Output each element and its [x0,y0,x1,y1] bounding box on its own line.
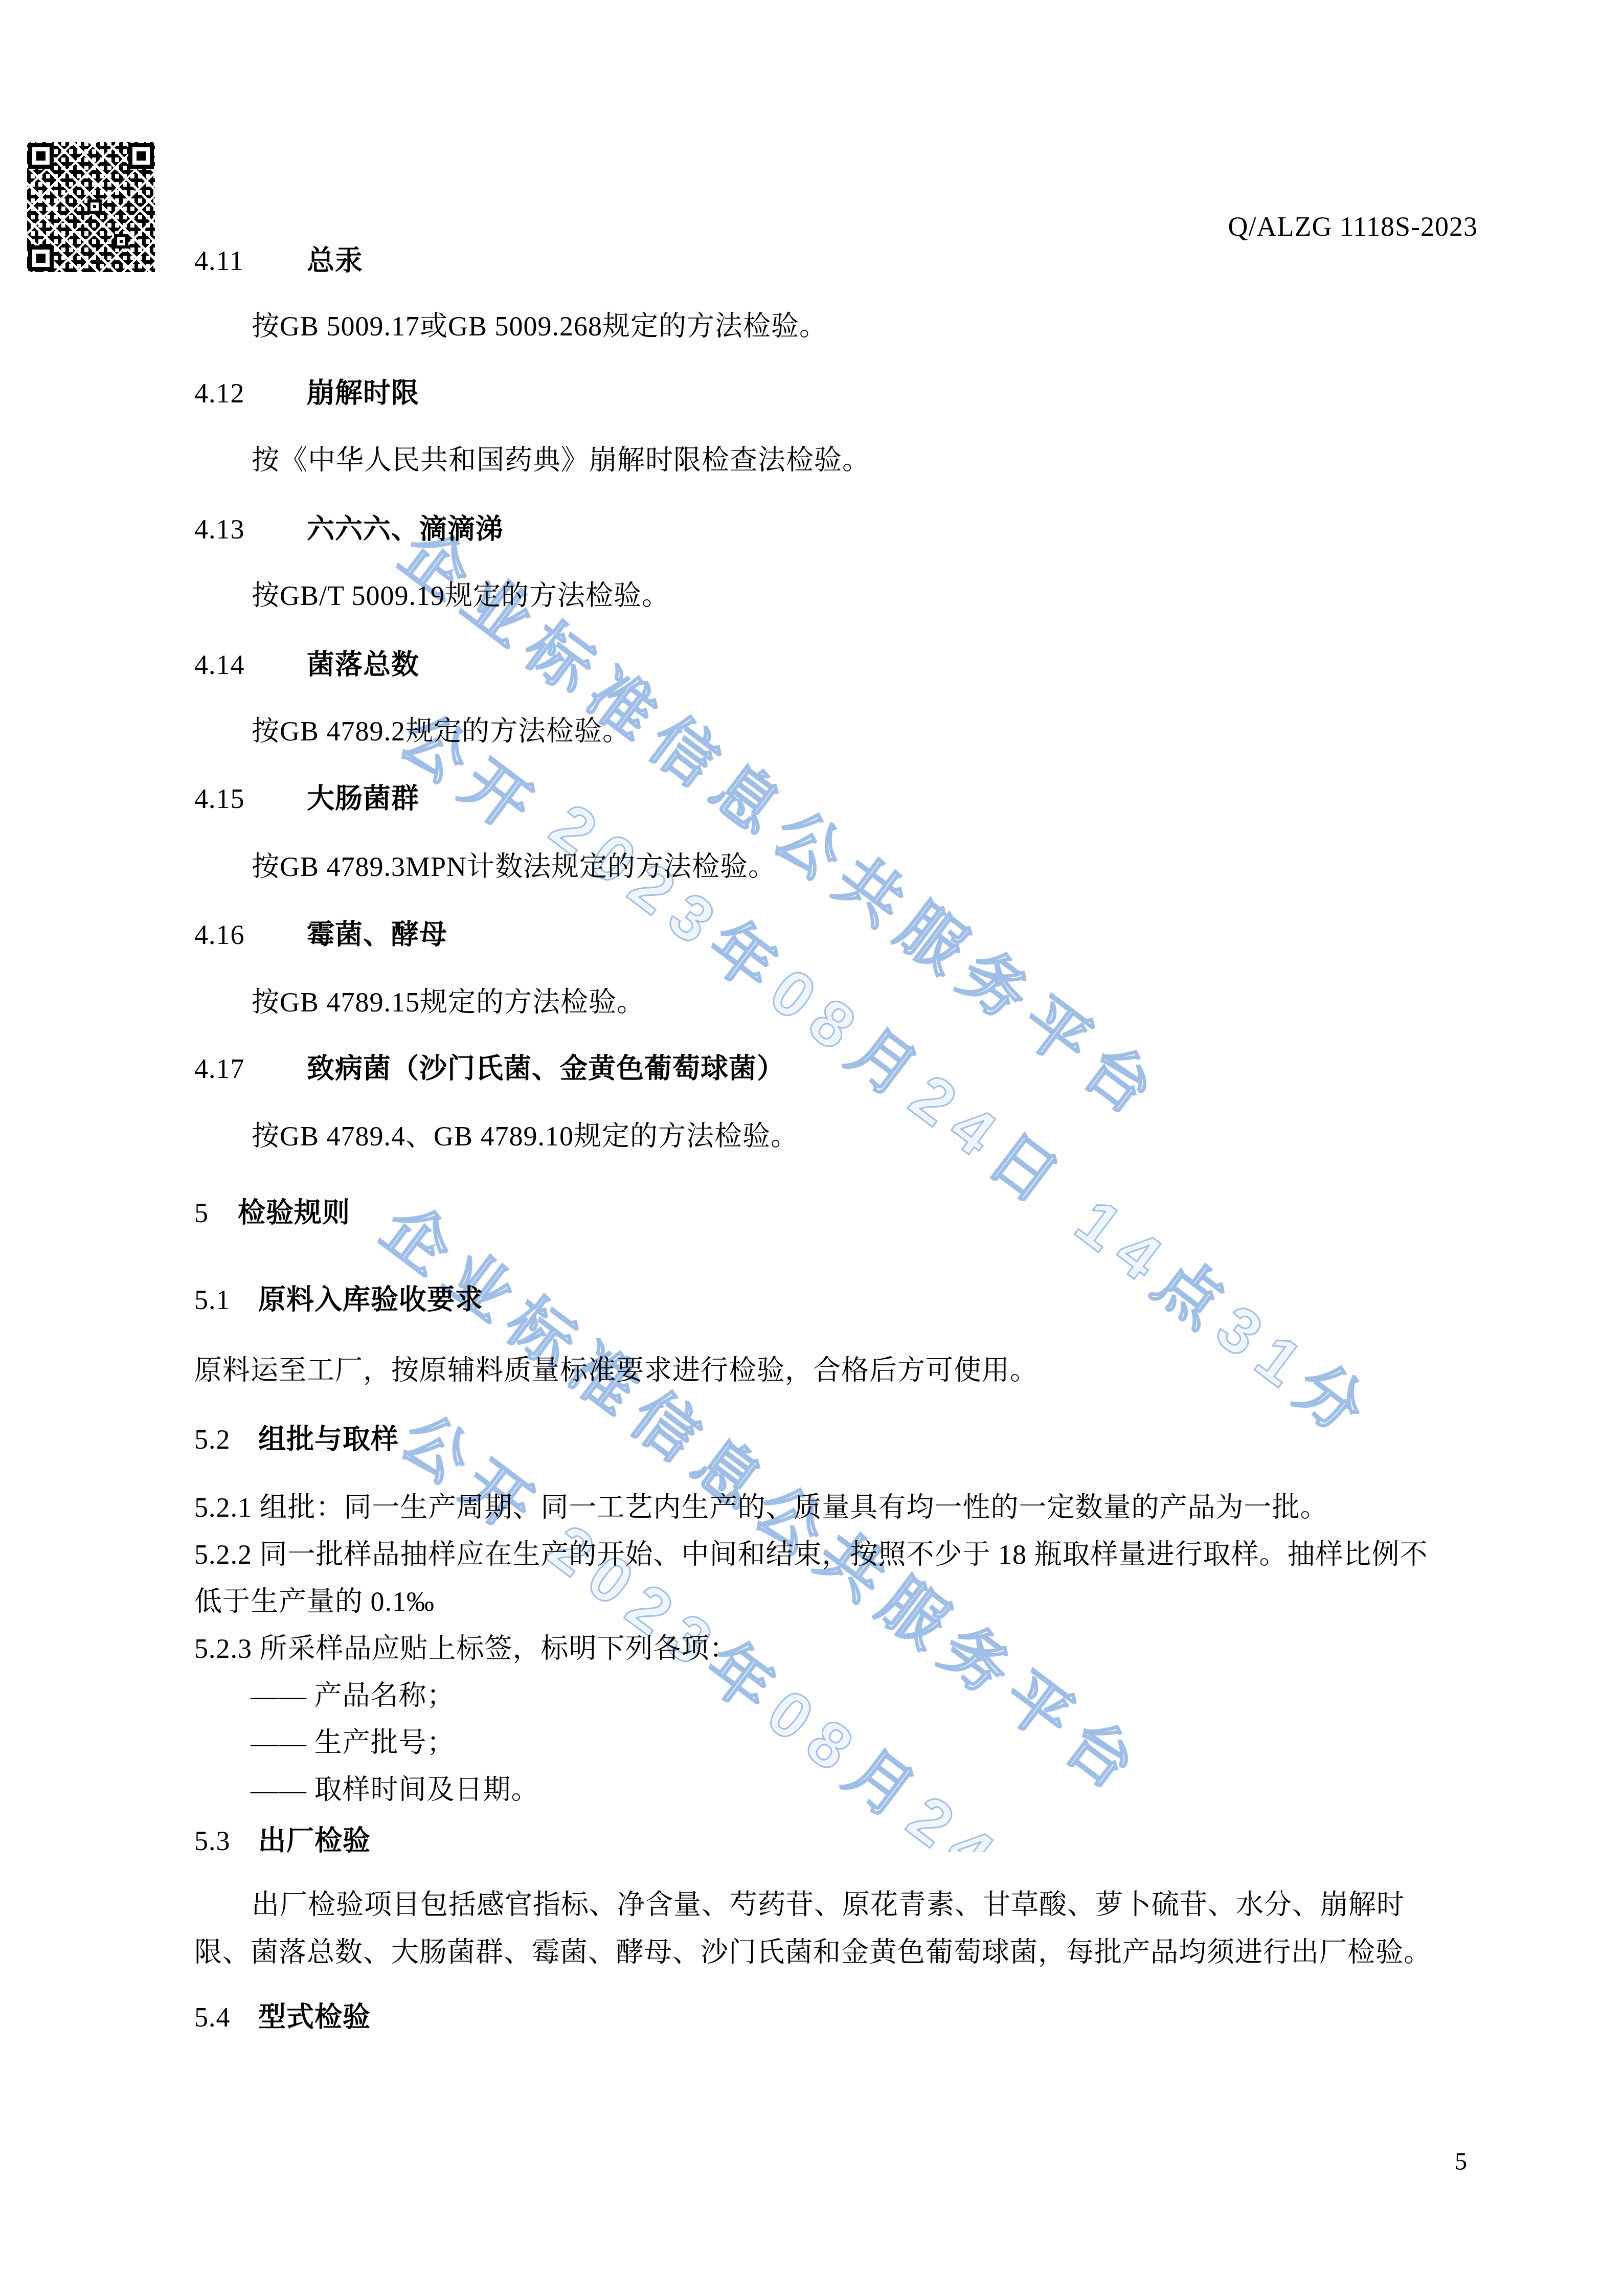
heading-number: 5.4 [194,2000,258,2034]
paragraph-5-3-line1: 出厂检验项目包括感官指标、净含量、芍药苷、原花青素、甘草酸、萝卜硫苷、水分、崩解… [252,1888,1405,1922]
qr-finder-top-right [128,143,154,169]
heading-title: 组批与取样 [258,1424,399,1455]
section-heading-5-2: 5.2组批与取样 [194,1423,399,1456]
section-heading-4-12: 4.12崩解时限 [194,376,419,410]
heading-title: 总汞 [307,245,363,276]
watermark-public-label: 公开 [384,688,564,856]
section-heading-4-17: 4.17致病菌（沙门氏菌、金黄色葡萄球菌） [194,1052,785,1086]
heading-title: 型式检验 [258,2002,371,2033]
doc-code: Q/ALZG 1118S-2023 [1228,211,1478,242]
qr-finder-bottom-left [28,245,54,271]
qr-alignment-mark [87,199,102,214]
section-heading-4-13: 4.13六六六、滴滴涕 [194,512,504,546]
section-heading-5-4: 5.4型式检验 [194,2000,371,2034]
paragraph-4-11: 按GB 5009.17或GB 5009.268规定的方法检验。 [252,309,827,343]
list-item-product-name: —— 产品名称； [251,1679,455,1713]
heading-number: 5 [194,1196,238,1230]
heading-number: 4.14 [194,648,307,682]
paragraph-5-2-1: 5.2.1 组批：同一生产周期、同一工艺内生产的、质量具有均一性的一定数量的产品… [194,1491,1328,1524]
heading-number: 4.12 [194,376,307,410]
section-heading-4-16: 4.16霉菌、酵母 [194,918,447,952]
list-item-batch-number: —— 生产批号； [251,1726,455,1760]
paragraph-4-16: 按GB 4789.15规定的方法检验。 [252,985,645,1019]
qr-alignment-mark [114,234,128,249]
paragraph-4-15: 按GB 4789.3MPN计数法规定的方法检验。 [252,850,776,884]
heading-title: 六六六、滴滴涕 [307,514,504,545]
heading-title: 崩解时限 [307,378,419,409]
section-heading-4-14: 4.14菌落总数 [194,648,419,682]
paragraph-5-1: 原料运至工厂，按原辅料质量标准要求进行检验，合格后方可使用。 [194,1354,1038,1387]
heading-number: 5.1 [194,1283,258,1317]
heading-title: 霉菌、酵母 [307,919,447,950]
heading-number: 4.15 [194,782,307,816]
paragraph-5-2-2-line2: 低于生产量的 0.1‰ [194,1585,435,1618]
paragraph-4-17: 按GB 4789.4、GB 4789.10规定的方法检验。 [252,1119,799,1153]
heading-title: 菌落总数 [307,649,419,680]
heading-number: 4.13 [194,512,307,546]
heading-number: 5.3 [194,1824,258,1858]
list-item-sampling-time: —— 取样时间及日期。 [251,1773,539,1807]
qr-finder-top-left [28,143,54,169]
heading-title: 原料入库验收要求 [258,1285,483,1315]
heading-title: 大肠菌群 [307,783,419,814]
heading-title: 出厂检验 [258,1826,371,1856]
document-page: 企业标准信息公共服务平台 公开 2023年08月24日 14点31分 企业标准信… [0,0,1624,2296]
heading-number: 5.2 [194,1423,258,1456]
paragraph-5-3-line2: 限、菌落总数、大肠菌群、霉菌、酵母、沙门氏菌和金黄色葡萄球菌，每批产品均须进行出… [194,1935,1432,1969]
section-heading-5-1: 5.1原料入库验收要求 [194,1283,483,1317]
paragraph-4-14: 按GB 4789.2规定的方法检验。 [252,714,630,748]
section-heading-4-11: 4.11总汞 [194,244,363,278]
paragraph-5-2-3: 5.2.3 所采样品应贴上标签，标明下列各项： [194,1632,738,1665]
heading-number: 4.11 [194,244,307,278]
paragraph-4-12: 按《中华人民共和国药典》崩解时限检查法检验。 [252,443,870,477]
section-heading-5: 5检验规则 [194,1196,350,1230]
section-heading-5-3: 5.3出厂检验 [194,1824,371,1858]
page-number: 5 [1455,2148,1467,2176]
watermark-public-label: 公开 [385,1388,565,1556]
paragraph-5-2-2-line1: 5.2.2 同一批样品抽样应在生产的开始、中间和结束，按照不少于 18 瓶取样量… [194,1538,1428,1571]
heading-number: 4.16 [194,918,307,952]
paragraph-4-13: 按GB/T 5009.19规定的方法检验。 [252,579,670,613]
qr-code [27,142,155,272]
heading-title: 致病菌（沙门氏菌、金黄色葡萄球菌） [307,1053,785,1084]
section-heading-4-15: 4.15大肠菌群 [194,782,419,816]
heading-number: 4.17 [194,1052,307,1086]
heading-title: 检验规则 [238,1198,350,1228]
